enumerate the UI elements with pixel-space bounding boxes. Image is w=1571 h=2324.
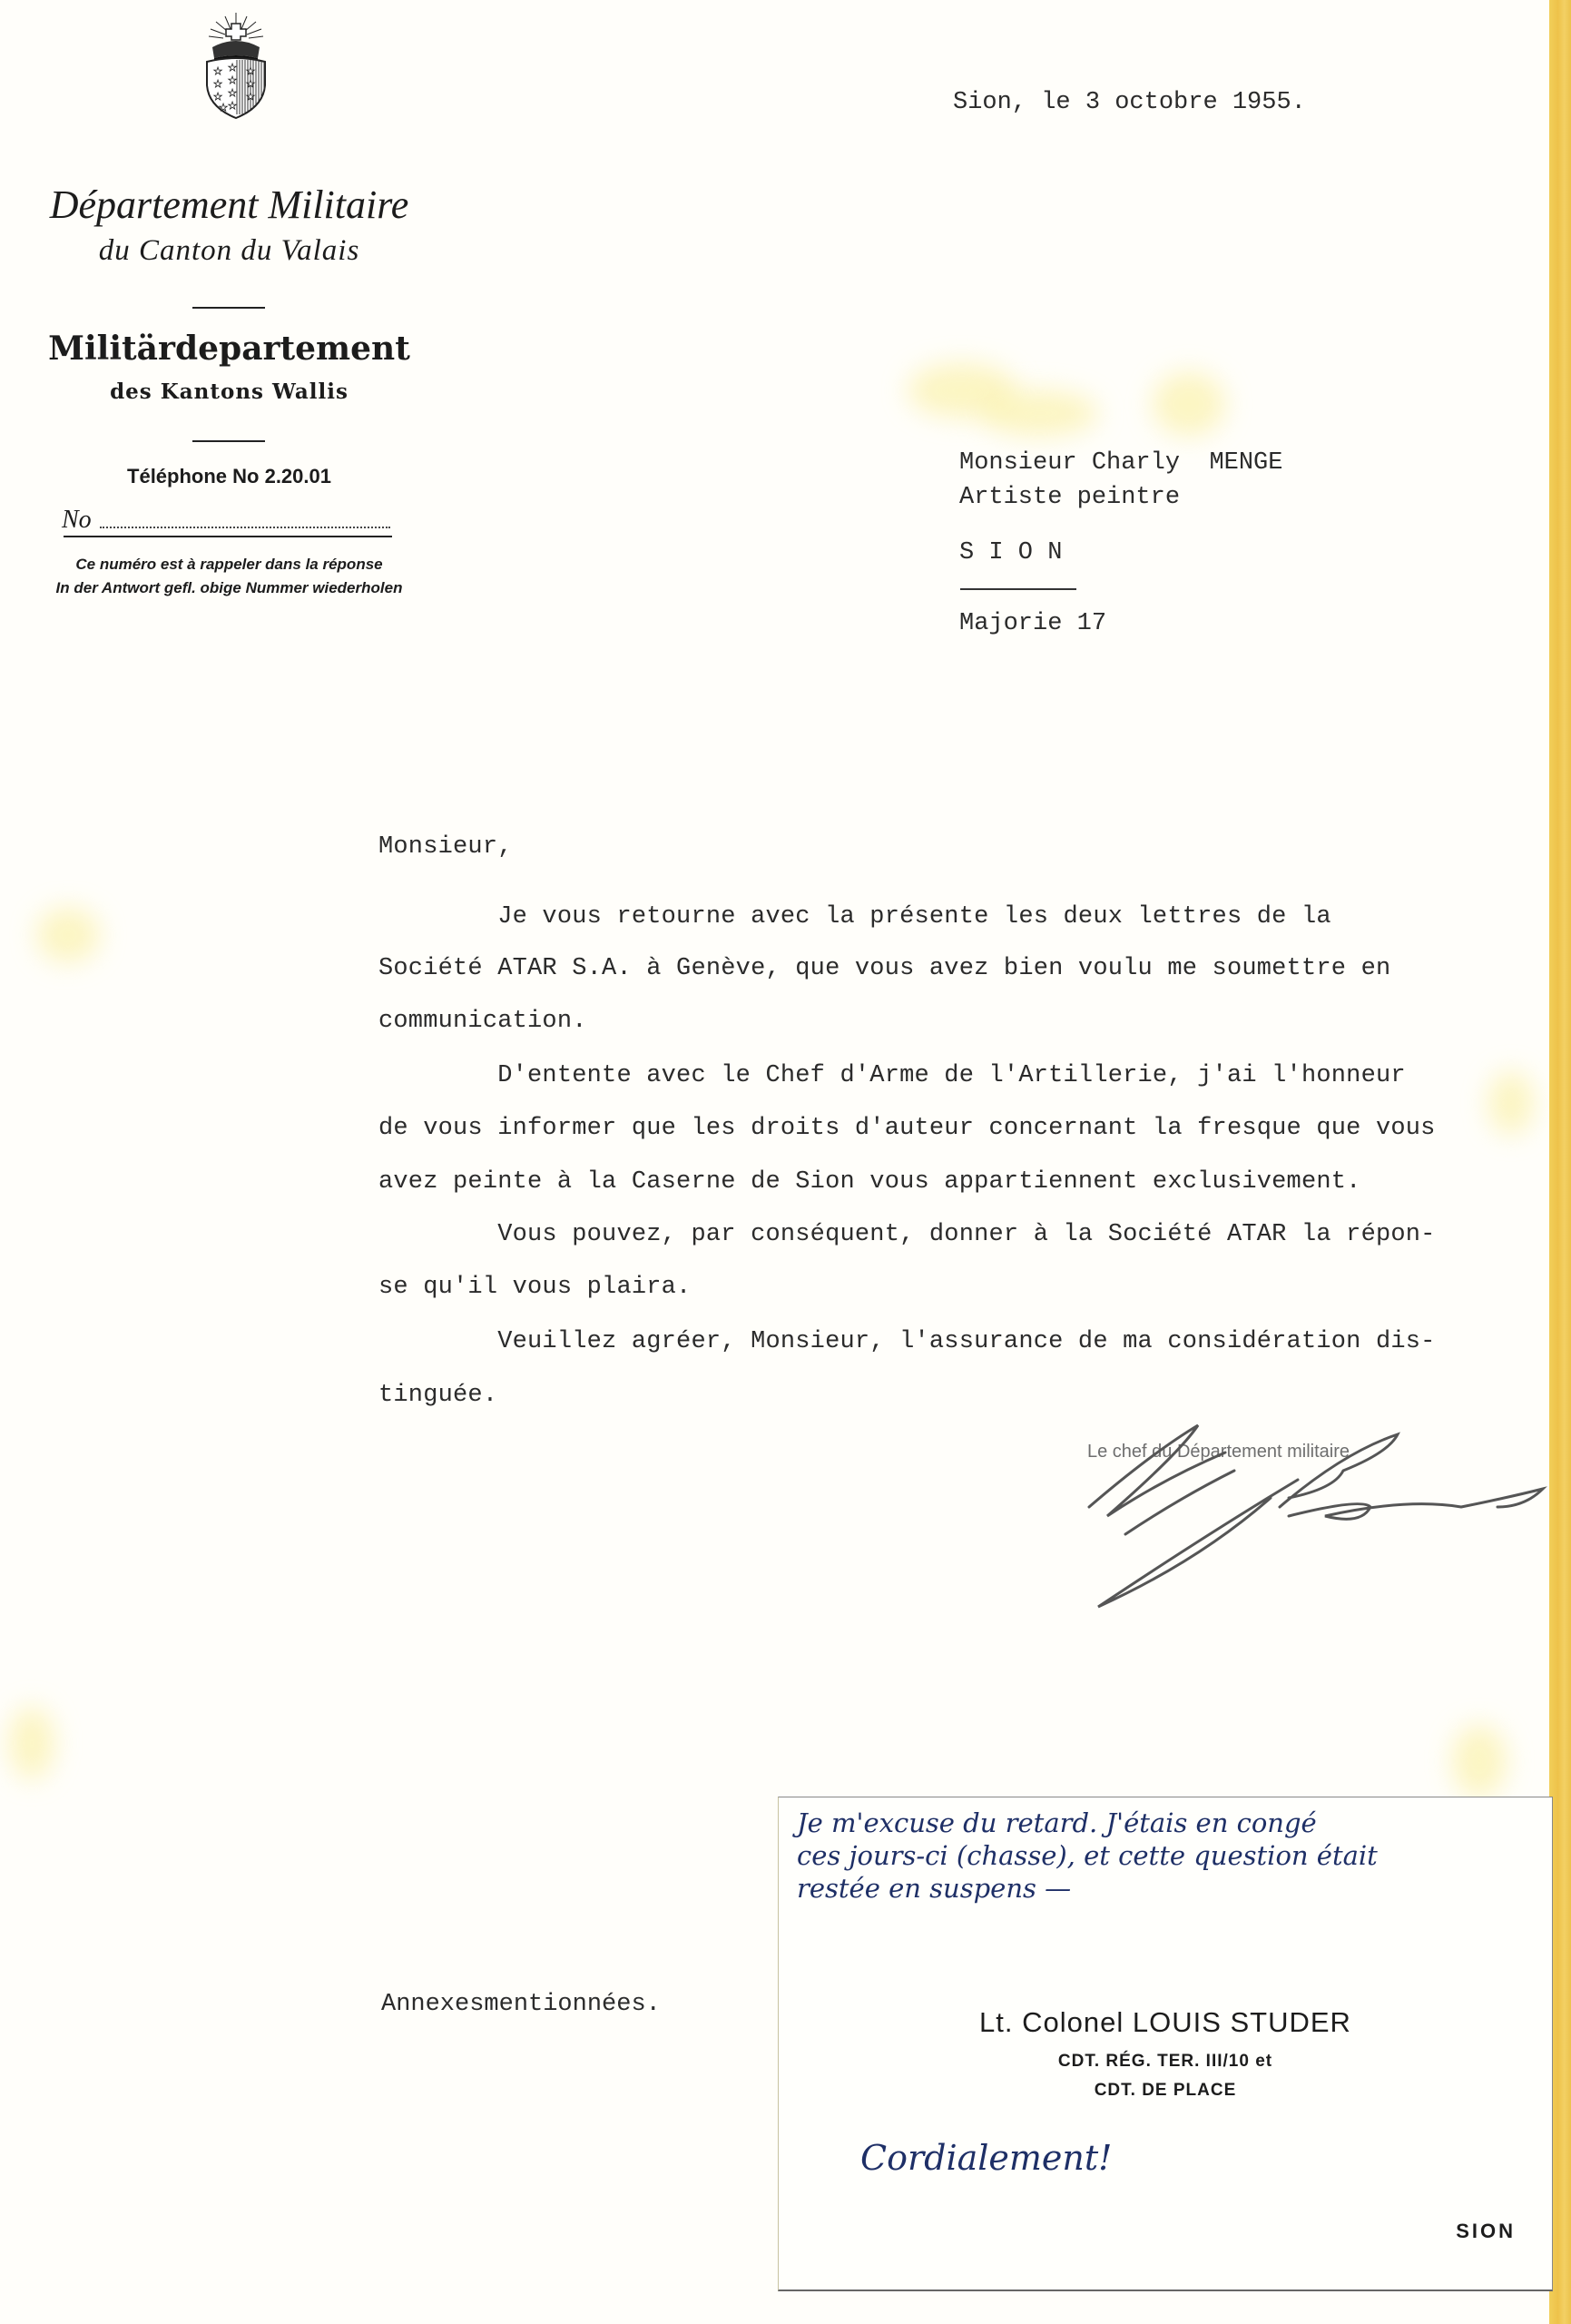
paper-stain xyxy=(1488,1071,1534,1135)
enclosures-note: Annexesmentionnées. xyxy=(381,1991,661,2018)
handwritten-note-line: ces jours-ci (chasse), et cette question… xyxy=(797,1839,1523,1872)
svg-text:★: ★ xyxy=(228,87,237,99)
paper-stain xyxy=(9,1707,54,1779)
body-line: communication. xyxy=(378,1008,587,1035)
card-holder-title: CDT. RÉG. TER. III/10 et xyxy=(779,2052,1552,2072)
valais-coat-of-arms-icon: ★★★★ ★★★★ ★★★ xyxy=(192,11,280,120)
body-line: tinguée. xyxy=(378,1382,497,1409)
svg-text:★: ★ xyxy=(228,62,237,74)
body-line: avez peinte à la Caserne de Sion vous ap… xyxy=(378,1168,1361,1196)
svg-text:★: ★ xyxy=(246,65,255,77)
divider xyxy=(192,307,265,309)
body-line: Société ATAR S.A. à Genève, que vous ave… xyxy=(378,955,1390,982)
svg-text:★: ★ xyxy=(246,91,255,103)
svg-text:★: ★ xyxy=(246,78,255,90)
body-line: se qu'il vous plaira. xyxy=(378,1274,691,1301)
handwritten-note-line: Je m'excuse du retard. J'étais en congé xyxy=(797,1807,1523,1839)
svg-text:★: ★ xyxy=(213,78,222,90)
divider xyxy=(192,440,265,442)
recipient-city: S I O N xyxy=(959,539,1062,566)
body-line: Veuillez agréer, Monsieur, l'assurance d… xyxy=(378,1328,1436,1355)
reference-number-label: No xyxy=(62,506,92,535)
svg-text:★: ★ xyxy=(228,74,237,86)
letter-page: ★★★★ ★★★★ ★★★ Département Militaire du C… xyxy=(0,0,1571,2324)
reference-number-field xyxy=(100,527,390,528)
svg-text:★: ★ xyxy=(219,102,228,113)
paper-stain xyxy=(980,390,1098,436)
reference-note-fr: Ce numéro est à rappeler dans la réponse xyxy=(0,556,458,574)
address-underline xyxy=(960,588,1076,590)
card-holder-name: Lt. Colonel LOUIS STUDER xyxy=(779,2006,1552,2039)
handwritten-closing: Cordialement! xyxy=(860,2138,1112,2178)
canton-name-fr: du Canton du Valais xyxy=(0,234,458,268)
paper-stain xyxy=(36,908,100,962)
body-line: de vous informer que les droits d'auteur… xyxy=(378,1115,1436,1142)
recipient-name: Monsieur Charly MENGE xyxy=(959,449,1282,477)
divider xyxy=(64,536,392,537)
body-line: Vous pouvez, par conséquent, donner à la… xyxy=(378,1221,1436,1248)
salutation: Monsieur, xyxy=(378,833,513,861)
svg-text:★: ★ xyxy=(213,65,222,77)
body-line: Je vous retourne avec la présente les de… xyxy=(378,903,1331,931)
handwritten-note-line: restée en suspens — xyxy=(797,1872,1523,1905)
department-name-fr: Département Militaire xyxy=(0,182,458,228)
handwritten-signature xyxy=(1071,1398,1561,1634)
recipient-street: Majorie 17 xyxy=(959,610,1106,637)
telephone-number: Téléphone No 2.20.01 xyxy=(0,465,458,488)
paper-stain xyxy=(1153,372,1225,436)
reference-note-de: In der Antwort gefl. obige Nummer wieder… xyxy=(0,579,458,597)
handwritten-note: Je m'excuse du retard. J'étais en congé … xyxy=(797,1807,1523,1905)
body-line: D'entente avec le Chef d'Arme de l'Artil… xyxy=(378,1062,1406,1089)
visiting-card: Je m'excuse du retard. J'étais en congé … xyxy=(778,1797,1553,2291)
canton-name-de: des Kantons Wallis xyxy=(0,379,458,404)
card-holder-title: CDT. DE PLACE xyxy=(779,2081,1552,2101)
card-city: SION xyxy=(1456,2220,1516,2243)
letter-date: Sion, le 3 octobre 1955. xyxy=(953,89,1306,116)
recipient-profession: Artiste peintre xyxy=(959,484,1180,511)
paper-stain xyxy=(1452,1725,1507,1797)
department-name-de: Militärdepartement xyxy=(0,330,458,368)
svg-text:★: ★ xyxy=(228,100,237,112)
